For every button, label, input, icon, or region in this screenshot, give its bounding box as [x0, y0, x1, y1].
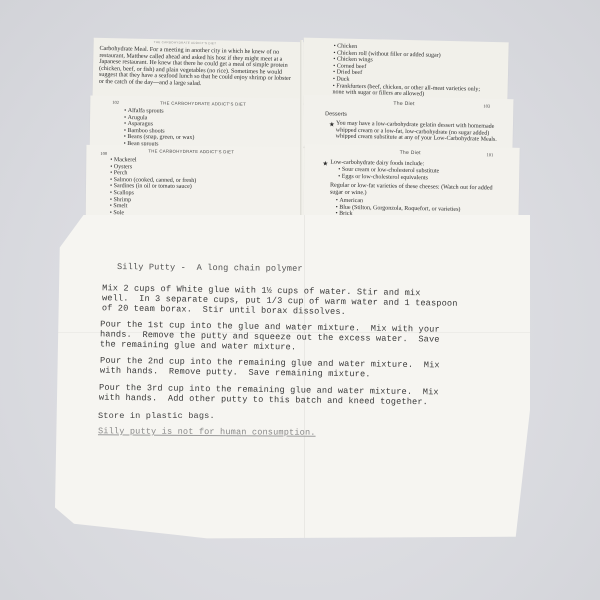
meat-list: Chicken Chicken roll (without filler or … [332, 43, 493, 99]
star-icon: ★ [329, 120, 335, 128]
fold-divider [300, 40, 303, 230]
typed-recipe-sheet: Silly Putty - A long chain polymer Mix 2… [55, 215, 530, 540]
dairy-list: Sour cream or low-cholesterol substitute… [338, 167, 439, 182]
page-number: 100 [100, 151, 107, 156]
page-header: The Carbohydrate Addict's Diet [154, 40, 217, 45]
recipe-step: Pour the 3rd cup into the remaining glue… [99, 383, 439, 408]
recipe-step: Pour the 2nd cup into the remaining glue… [100, 356, 440, 381]
page-number: 101 [487, 152, 494, 157]
page-header: The Diet [400, 150, 421, 156]
star-icon: ★ [322, 159, 328, 167]
book-page-right-middle: The Diet 103 Desserts ★ You may have a l… [302, 95, 513, 151]
page-header: The Carbohydrate Addict's Diet [148, 148, 234, 154]
section-title: Desserts [325, 111, 347, 117]
page-header: The Carbohydrate Addict's Diet [160, 100, 246, 106]
recipe-warning: Silly putty is not for human consumption… [98, 426, 316, 438]
cheese-note: Regular or low-fat varieties of these ch… [330, 183, 500, 199]
page-number: 102 [112, 100, 119, 105]
seafood-list: Mackerel Oysters Perch Salmon (cooked, c… [110, 157, 197, 217]
page-paragraph: Carbohydrate Meal. For a meeting in anot… [99, 46, 298, 90]
book-page-left-middle: 102 The Carbohydrate Addict's Diet Alfal… [90, 96, 306, 151]
starred-text: You may have a low-carbohydrate gelatin … [336, 120, 504, 143]
recipe-step: Mix 2 cups of White glue with 1½ cups of… [102, 283, 458, 319]
recipe-storage-note: Store in plastic bags. [98, 411, 215, 421]
page-number: 103 [483, 104, 490, 109]
vegetable-list: Alfalfa sprouts Arugula Asparagus Bamboo… [124, 108, 195, 149]
page-header: The Diet [393, 101, 414, 107]
recipe-step: Pour the 1st cup into the glue and water… [100, 319, 440, 355]
recipe-title: Silly Putty - A long chain polymer [117, 262, 303, 274]
list-item: Eggs or low-cholesterol equivalents [338, 173, 439, 181]
